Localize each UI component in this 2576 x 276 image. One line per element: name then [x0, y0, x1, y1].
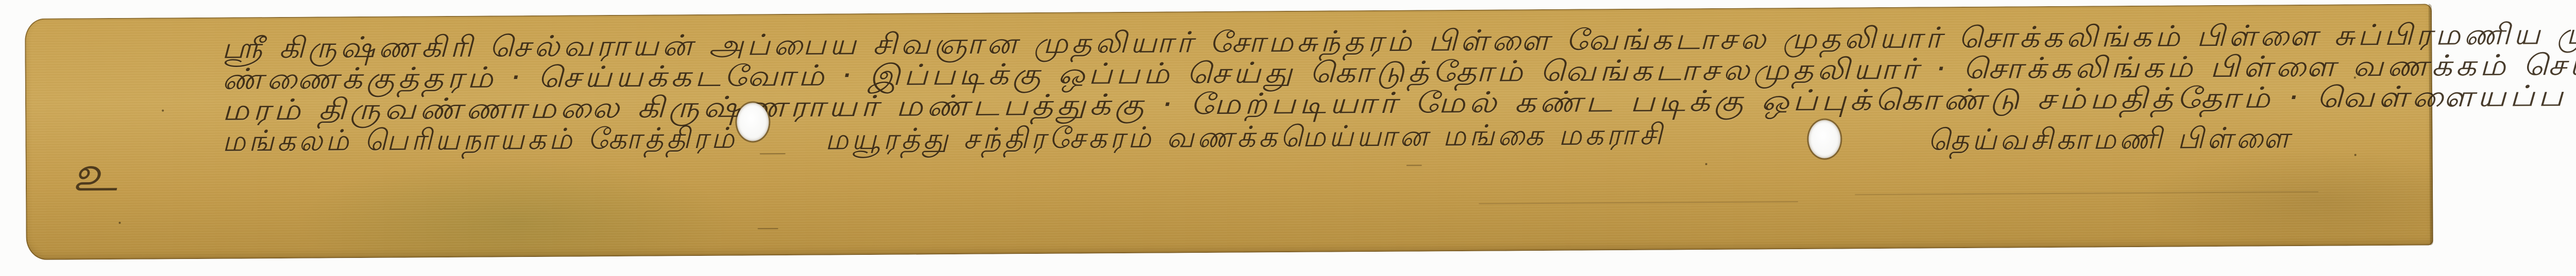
- leaf-scratch: [758, 228, 778, 229]
- binding-hole-left: [737, 103, 769, 141]
- binding-hole-right: [1808, 120, 1840, 158]
- ink-speck: [1215, 138, 1217, 140]
- leaf-scratch: [1855, 191, 2318, 195]
- ink-speck: [162, 109, 164, 111]
- leaf-scratch: [1479, 201, 1798, 204]
- leaf-scratch: [1406, 165, 1422, 166]
- palm-leaf: உ ஸ்ரீ கிருஷ்ணகிரி செல்வராயன் அப்பைய சிவ…: [25, 4, 2433, 260]
- text-line-4-segment-2: மயூரத்து சந்திரசேகரம் வணக்கமெய்யான மங்கை…: [825, 118, 1665, 160]
- text-line-4-segment-3: தெய்வசிகாமணி பிள்ளை: [1927, 121, 2292, 160]
- manuscript-photo-scene: உ ஸ்ரீ கிருஷ்ணகிரி செல்வராயன் அப்பைய சிவ…: [0, 0, 2576, 276]
- ink-speck: [2354, 154, 2357, 156]
- leaf-scratch: [760, 153, 786, 154]
- text-line-4-segment-1: மங்கலம் பெரியநாயகம் கோத்திரம்: [222, 122, 737, 162]
- ink-speck: [1705, 163, 1707, 165]
- ink-speck: [2354, 76, 2356, 78]
- margin-invocation-glyph: உ: [72, 144, 117, 209]
- ink-speck: [118, 222, 121, 224]
